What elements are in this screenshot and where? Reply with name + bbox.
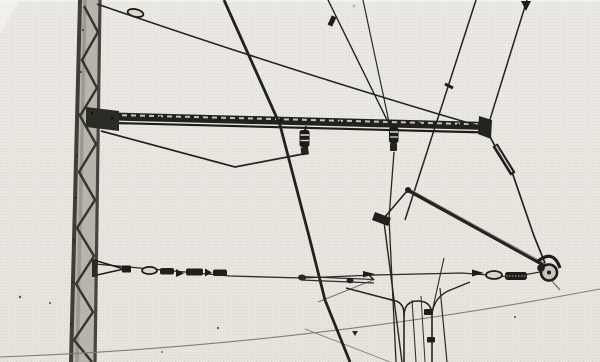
rod-wheel-joint	[537, 264, 545, 272]
beam-bolt	[419, 122, 421, 124]
vertical-wire	[412, 300, 416, 362]
vertical-wire	[440, 288, 447, 362]
center-clamp-mid	[347, 278, 354, 284]
beam-bolt	[457, 123, 459, 125]
bracket-bolt	[111, 117, 113, 119]
wire-clamp	[427, 337, 435, 343]
wire-splice-sleeve	[213, 270, 227, 277]
wire-wedge-clamp	[176, 269, 184, 277]
tensioner-wheel-hub	[547, 271, 551, 275]
insulator-1-fitting	[300, 146, 309, 155]
guy-wire	[97, 4, 486, 128]
mast-bolt	[76, 155, 78, 157]
beam-bolt	[159, 116, 161, 118]
beam-mast-bracket	[86, 107, 119, 131]
anchor-span-wire-1	[328, 0, 388, 122]
span-wire-fitting	[352, 331, 358, 336]
film-speck	[161, 351, 163, 353]
photo-svg	[0, 0, 600, 362]
bracket-bolt	[91, 112, 93, 114]
insulator-1-body	[300, 130, 310, 147]
steady-arm	[101, 131, 303, 167]
mast-bolt	[70, 323, 72, 325]
wire-wedge-clamp	[363, 271, 375, 278]
beam-bolt	[339, 120, 341, 122]
wire-wedge-clamp	[472, 270, 484, 277]
long-contact-wire	[224, 0, 350, 362]
wire-splice-sleeve	[186, 269, 203, 276]
mast-bolt	[73, 239, 75, 241]
film-speck	[217, 327, 219, 329]
mast-bolt	[80, 71, 82, 73]
mast-v-bracket-clamp	[92, 259, 97, 277]
mast-bolt	[75, 197, 77, 199]
anchor-span-wire-1-fitting	[328, 15, 337, 26]
film-speck	[353, 5, 355, 7]
junction-link	[384, 191, 407, 218]
faint-wire-bar-diagonal	[318, 280, 373, 302]
mast-bolt	[72, 281, 74, 283]
left-turnbuckle	[142, 267, 157, 274]
film-speck	[514, 316, 516, 318]
mast-v-bracket	[97, 261, 124, 275]
anchor-rod-eye	[405, 187, 411, 193]
right-turnbuckle	[486, 271, 502, 279]
wheel-tail-wire	[552, 281, 560, 290]
guy-turnbuckle	[127, 8, 144, 19]
mast-bolt	[78, 113, 80, 115]
wire-clamp	[424, 309, 433, 315]
anchor-span-wire-4	[487, 0, 527, 129]
anchor-stay-turnbuckle-slot	[496, 146, 512, 172]
insulator-2-fitting	[390, 143, 397, 151]
splice-bar-lower	[301, 280, 374, 283]
anchor-span-wire-4-clamp	[521, 1, 531, 11]
film-speck	[19, 296, 21, 298]
vertical-wire	[421, 296, 425, 362]
mast-bolt	[82, 29, 84, 31]
wire-splice-sleeve	[160, 268, 174, 275]
wire-fitting	[122, 266, 131, 273]
anchor-rod-highlight	[409, 189, 546, 265]
vertical-wire	[432, 258, 444, 312]
anchor-span-wire-2	[363, 0, 389, 122]
anchor-span-wire-3	[405, 0, 476, 220]
anchor-span-wire-3-fitting	[445, 84, 453, 88]
film-speck	[49, 302, 51, 304]
anchor-rod	[408, 190, 546, 266]
beam-bolt	[219, 117, 221, 119]
insulator-2-body	[389, 127, 399, 143]
photo	[0, 0, 600, 362]
wire-wedge-clamp	[205, 269, 212, 277]
dropper-wire-2	[389, 152, 396, 362]
corner-light-wedge	[0, 0, 20, 34]
